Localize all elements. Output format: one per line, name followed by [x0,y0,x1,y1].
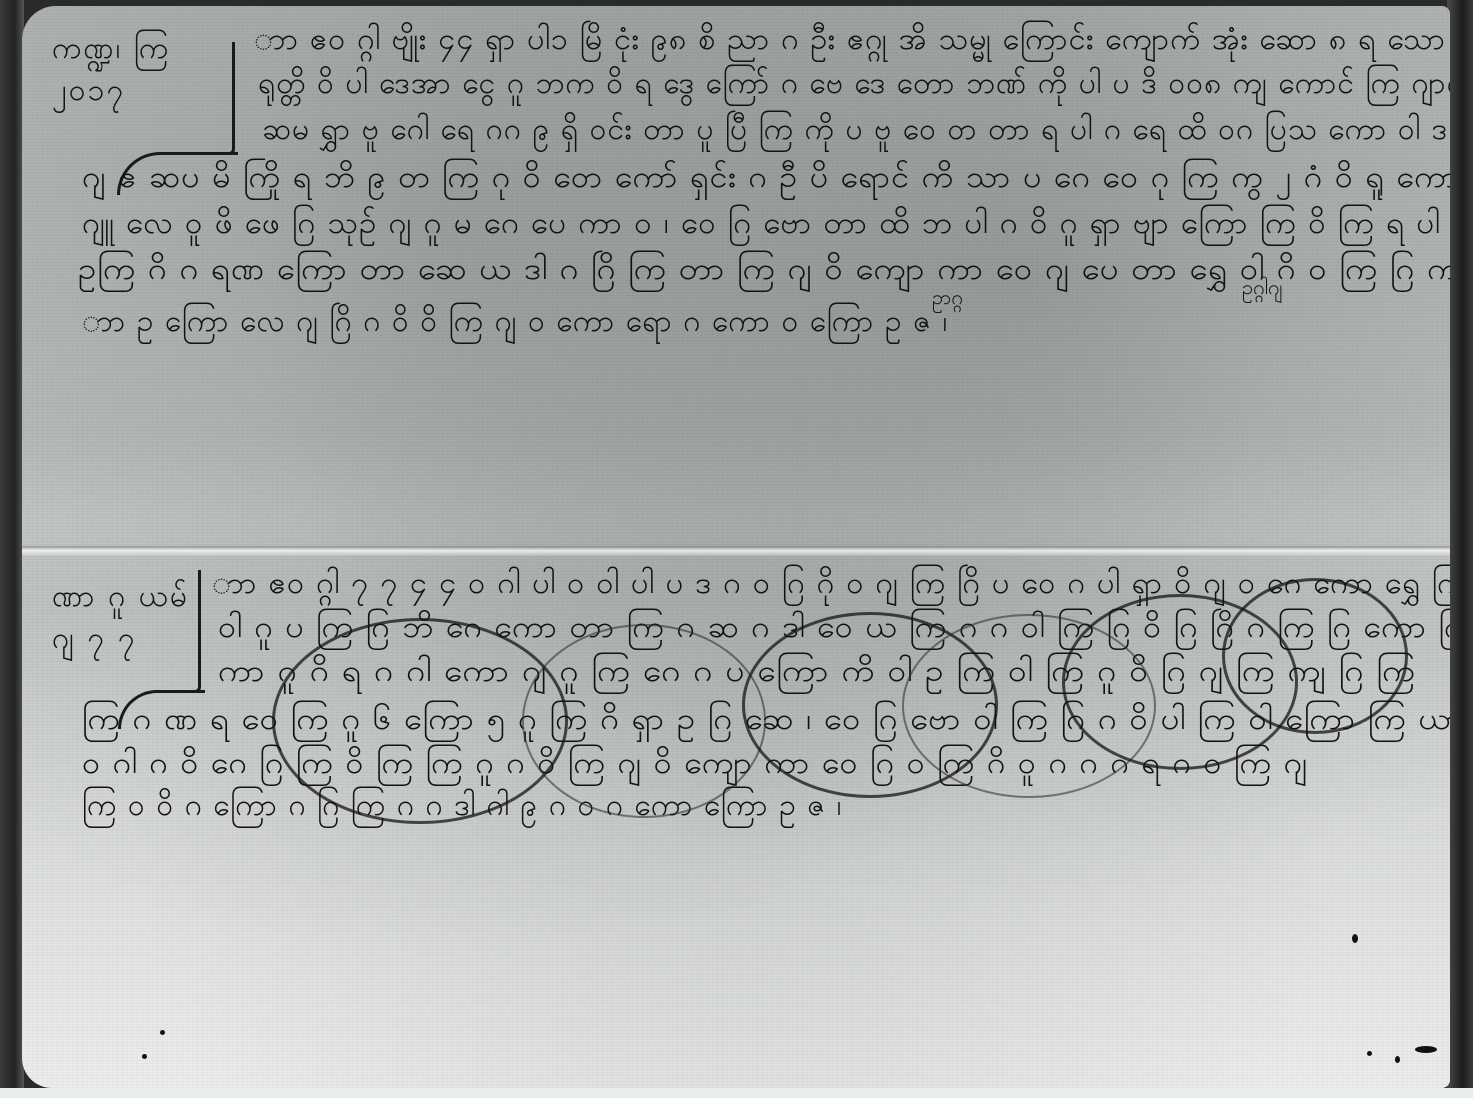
fold-crease [22,546,1450,556]
text-line: ဂျ ဧ ဆပ မိ ကြို ရ ဘိ ၉ တ ကြ ဂု ဝိ ဝော ကေ… [82,158,1450,198]
ink-speck [160,1030,165,1035]
top-margin-note-line2: ၂၀၁၇ [52,70,170,112]
top-margin-bracket [202,42,235,155]
ink-speck [1415,1046,1437,1053]
top-margin-note-line1: ကဏ္ဍ၊ ကြ [52,28,170,70]
cancellation-ellipse [1222,578,1408,734]
cancellation-ellipse [522,624,766,818]
ink-speck [1367,1051,1372,1056]
text-line: ရုတ္တိ ဝိ ပါ ဒေအာ ငွေ ဂူ ဘက ဝိ ရ ဒွေ ကြေ… [258,64,1450,104]
text-line: ဂျူ လေ ဝူ ဖိ ဖေ ဂြ သုဉ် ဂျ ဂူ မ ဂေ ပေ ကာ… [82,204,1441,244]
bottom-margin-bracket [182,570,201,693]
text-line: ဆမ ရွှာ ဗူ ဂေါ ရေ ဂဂ ၉ ရှိ ဝင်း တာ ပူ ပြ… [262,110,1450,150]
ink-speck [1352,934,1358,943]
inline-annotation: ဥဂ္ဂါဂျ [1242,274,1283,304]
bottom-edge [0,1088,1473,1098]
bottom-margin-note: ဏာ ဂူ ယမ် ဂျ ၇ ၇ [52,576,189,660]
top-margin-note: ကဏ္ဍ၊ ကြ ၂၀၁၇ [52,28,170,112]
text-line: ာာ ဧဝ ဂ္ဂါ ဗျိုး ၄၄ ရှာ ပါ၁ မြိ ငုံး ၉၈ … [254,20,1450,60]
bottom-margin-note-line1: ဏာ ဂူ ယမ် [52,576,189,618]
text-line: ာာ ဥ ကြော လေ ဂျ ဂြိ ဂ ဝိ ဝိ ကြ ဂျ ဝ ကော … [82,302,948,342]
bottom-margin-note-line2: ဂျ ၇ ၇ [52,618,189,660]
dark-background-left [0,0,24,1098]
manuscript-paper: ကဏ္ဍ၊ ကြ ၂၀၁၇ ာာ ဧဝ ဂ္ဂါ ဗျိုး ၄၄ ရှာ ပါ… [22,6,1450,1088]
inline-annotation: ဥာဂ္ဂ [932,284,963,314]
dark-background-right [1447,0,1473,1098]
ink-speck [142,1054,147,1059]
ink-speck [1395,1056,1400,1063]
